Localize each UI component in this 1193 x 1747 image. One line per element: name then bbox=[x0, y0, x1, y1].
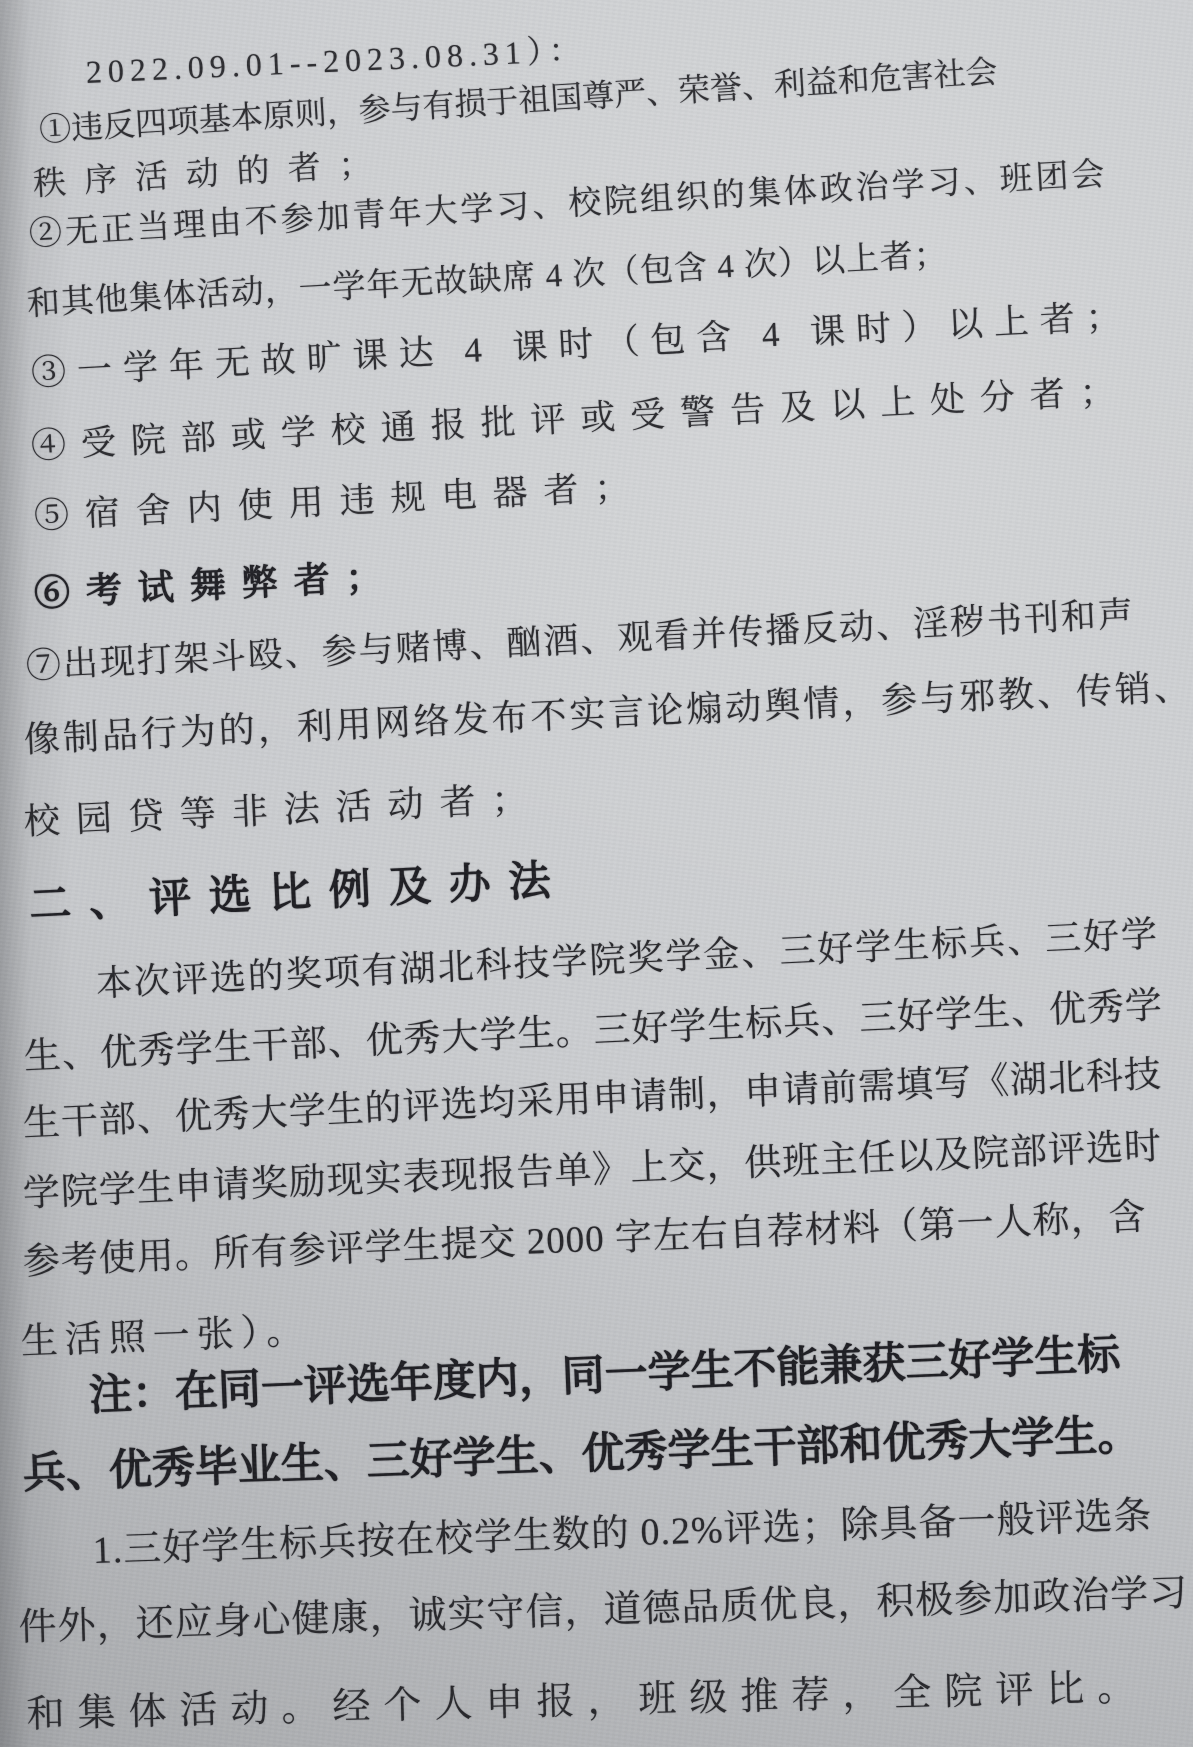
intro-line6: 生活照一张）。 bbox=[20, 1309, 311, 1366]
section2-heading: 二、评选比例及办法 bbox=[28, 855, 570, 933]
criteria1-line3: 和集体活动。经个人申报，班级推荐，全院评比。 bbox=[26, 1665, 1149, 1740]
note-line2: 兵、优秀毕业生、三好学生、优秀学生干部和优秀大学生。 bbox=[22, 1409, 1141, 1502]
rule6-line1: ⑥考试舞弊者； bbox=[33, 554, 399, 617]
criteria1-line1: 1.三好学生标兵按在校学生数的 0.2%评选；除具备一般评选条 bbox=[92, 1493, 1153, 1576]
document-photo: 2022.09.01--2023.08.31）： ①违反四项基本原则，参与有损于… bbox=[0, 0, 1193, 1747]
rule5-line1: ⑤宿舍内使用违规电器者； bbox=[33, 465, 646, 539]
criteria1-line2: 件外，还应身心健康，诚实守信，道德品质优良，积极参加政治学习 bbox=[18, 1570, 1189, 1652]
rule7-line3: 校园贷等非法活动者； bbox=[23, 776, 545, 845]
